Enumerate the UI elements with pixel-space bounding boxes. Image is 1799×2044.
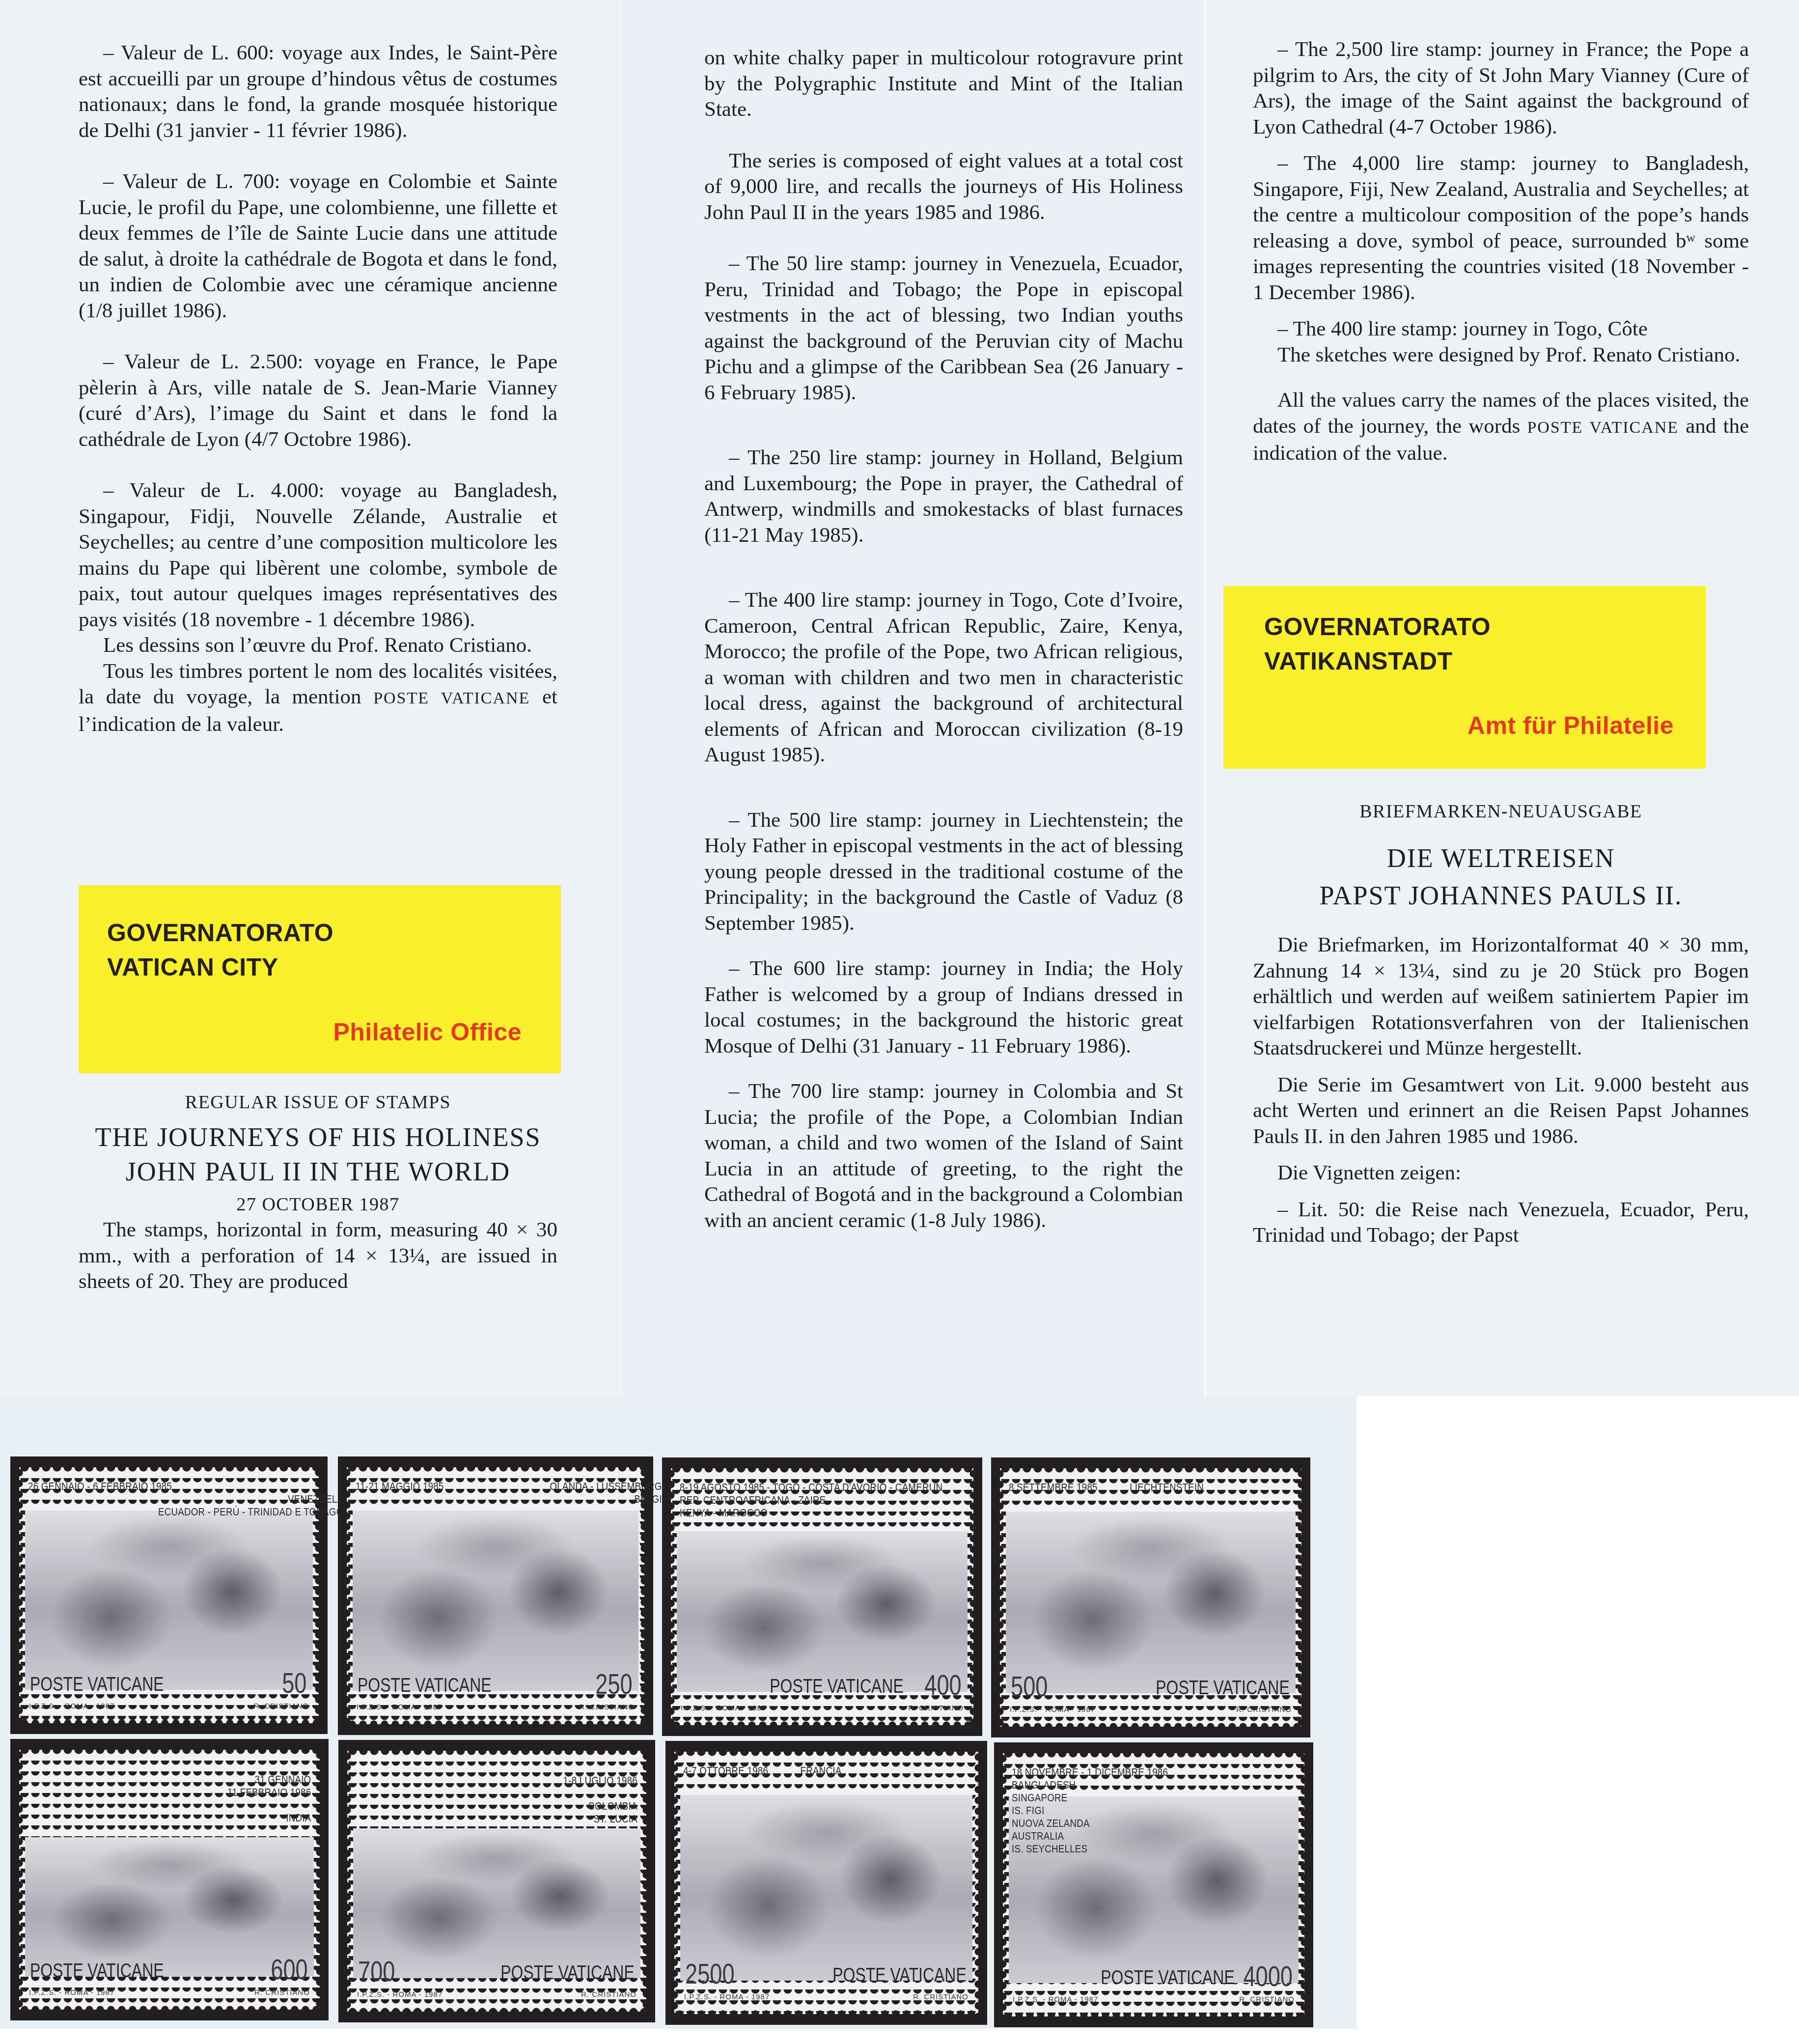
stamp-artist: R. CRISTIANO	[581, 1990, 637, 1999]
paragraph-4000: – The 4,000 lire stamp: journey to Bangl…	[1253, 151, 1749, 306]
paragraph-700: – The 700 lire stamp: journey in Colombi…	[704, 1079, 1183, 1233]
english-text-column: on white chalky paper in multicolour rot…	[704, 45, 1183, 1233]
title-line-2: JOHN PAUL II IN THE WORLD	[79, 1154, 557, 1189]
panel-french: – Valeur de L. 600: voyage aux Indes, le…	[0, 0, 619, 1396]
paragraph-50: – The 50 lire stamp: journey in Venezuel…	[704, 251, 1183, 406]
stamp-illustration	[353, 1828, 640, 1978]
german-title-block: BRIEFMARKEN-NEUAUSGABE DIE WELTREISEN PA…	[1253, 801, 1749, 1249]
paragraph-700: – Valeur de L. 700: voyage en Colombie e…	[79, 169, 557, 324]
stamp-country: POSTE VATICANE	[832, 1964, 967, 1987]
stamp-600-lire: 31 GENNAIO 11 FEBBRAIO 1986 INDIA POSTE …	[10, 1739, 329, 2020]
intro-paragraph: The stamps, horizontal in form, measurin…	[79, 1217, 557, 1295]
stamp-header: 4-7 OTTOBRE 1986 FRANCIA	[683, 1764, 1003, 1777]
stamp-value: 4000	[1243, 1960, 1293, 1993]
stamp-header: 26 GENNAIO - 6 FEBBRAIO 1985VENEZUELA EC…	[28, 1480, 343, 1518]
issue-caption: BRIEFMARKEN-NEUAUSGABE	[1253, 801, 1749, 822]
paragraph-400-fragment: – The 400 lire stamp: journey in Togo, C…	[1253, 316, 1749, 342]
paragraph-designer: Les dessins son l’œuvre du Prof. Renato …	[79, 633, 557, 659]
stamp-sheet: 26 GENNAIO - 6 FEBBRAIO 1985VENEZUELA EC…	[0, 1396, 1356, 2029]
stamp-50-lire: 26 GENNAIO - 6 FEBBRAIO 1985VENEZUELA EC…	[10, 1456, 328, 1734]
philatelic-office-label: Amt für Philatelie	[1467, 711, 1674, 740]
paragraph-600: – The 600 lire stamp: journey in India; …	[704, 956, 1183, 1059]
stamp-header: 1-8 LUGLIO 1986 COLOMBIA ST. LUCIA	[422, 1774, 637, 1825]
stamp-700-lire: 1-8 LUGLIO 1986 COLOMBIA ST. LUCIA 700 P…	[338, 1740, 655, 2022]
paragraph-inscription: All the values carry the names of the pl…	[1253, 388, 1749, 467]
stamp-country: POSTE VATICANE	[500, 1962, 635, 1984]
stamp-illustration	[353, 1511, 638, 1691]
german-paragraph-vignettes: Die Vignetten zeigen:	[1253, 1160, 1749, 1186]
issue-caption: REGULAR ISSUE OF STAMPS	[79, 1092, 557, 1113]
title-line-1: DIE WELTREISEN	[1253, 841, 1749, 875]
poste-vaticane-mention: POSTE VATICANE	[1527, 419, 1679, 437]
stamp-4000-lire: 18 NOVEMBRE - 1 DICEMBRE 1986 BANGLADESH…	[994, 1742, 1313, 2027]
stamp-value: 700	[358, 1955, 395, 1988]
stamp-value: 50	[282, 1667, 307, 1700]
stamp-illustration	[25, 1511, 313, 1690]
stamp-illustration	[1006, 1512, 1296, 1693]
office-box-heading: GOVERNATORATO VATICAN CITY	[107, 916, 333, 984]
stamp-value: 600	[271, 1953, 308, 1986]
right-text-column: – The 2,500 lire stamp: journey in Franc…	[1253, 37, 1749, 467]
stamp-artist: R. CRISTIANO	[254, 1988, 310, 1997]
issue-date: 27 OCTOBER 1987	[79, 1194, 557, 1215]
stamp-country: POSTE VATICANE	[1156, 1677, 1290, 1699]
stamp-imprint: I.P.Z.S. - ROMA - 1987	[357, 1703, 442, 1711]
paragraph-2500: – Valeur de L. 2.500: voyage en France, …	[79, 349, 557, 452]
stamp-imprint: I.P.Z.S. - ROMA - 1987	[681, 1704, 766, 1712]
stamp-imprint: I.P.Z.S. - ROMA - 1987	[357, 1990, 443, 1999]
paragraph-inscription: Tous les timbres portent le nom des loca…	[79, 659, 557, 738]
paragraph-series: The series is composed of eight values a…	[704, 148, 1183, 226]
paragraph-500: – The 500 lire stamp: journey in Liech­t…	[704, 808, 1183, 937]
brochure-spread: – Valeur de L. 600: voyage aux Indes, le…	[0, 0, 1799, 1396]
paragraph-designer: The sketches were designed by Prof. Rena…	[1253, 342, 1749, 368]
stamp-imprint: I.P.Z.S. - ROMA - 1987	[29, 1988, 114, 1997]
stamp-header: 18 NOVEMBRE - 1 DICEMBRE 1986 BANGLADESH…	[1012, 1766, 1329, 1855]
stamp-artist: R. CRISTIANO	[1239, 1995, 1295, 2004]
paragraph-600: – Valeur de L. 600: voyage aux Indes, le…	[79, 40, 557, 143]
stamp-country: POSTE VATICANE	[30, 1960, 164, 1982]
panel-german: – The 2,500 lire stamp: journey in Franc…	[1204, 0, 1799, 1396]
french-text-column: – Valeur de L. 600: voyage aux Indes, le…	[79, 40, 557, 737]
stamp-2500-lire: 4-7 OTTOBRE 1986 FRANCIA 2500 POSTE VATI…	[665, 1741, 987, 2025]
stamp-value: 500	[1011, 1670, 1048, 1703]
german-paragraph-50: – Lit. 50: die Reise nach Venezuela, Ecu…	[1253, 1197, 1749, 1249]
stamp-artist: R. CRISTIANO	[1236, 1706, 1292, 1714]
title-line-2: PAPST JOHANNES PAULS II.	[1253, 878, 1749, 913]
stamp-header: 8-19 AGOSTO 1985 - TOGO - COSTA D'AVORIO…	[680, 1481, 998, 1519]
stamp-header: 31 GENNAIO 11 FEBBRAIO 1986 INDIA	[94, 1773, 311, 1824]
stamp-250-lire: 11-21 MAGGIO 1985OLANDA - LUSSEMBURGO BE…	[338, 1456, 653, 1735]
stamp-country: POSTE VATICANE	[770, 1676, 904, 1698]
stamp-artist: R. CRISTIANO	[913, 1993, 969, 2001]
german-paragraph-format: Die Briefmarken, im Horizontalformat 40 …	[1253, 932, 1749, 1062]
panel-english: on white chalky paper in multicolour rot…	[620, 0, 1203, 1396]
stamp-country: POSTE VATICANE	[358, 1675, 492, 1697]
stamp-country: POSTE VATICANE	[30, 1674, 164, 1696]
title-line-1: THE JOURNEYS OF HIS HOLINESS	[79, 1120, 557, 1154]
stamp-illustration	[677, 1531, 968, 1692]
english-title-block: REGULAR ISSUE OF STAMPS THE JOURNEYS OF …	[79, 1092, 557, 1295]
stamp-value: 400	[925, 1669, 962, 1702]
philatelic-office-label: Philatelic Office	[333, 1018, 522, 1046]
office-box-heading: GOVERNATORATO VATIKANSTADT	[1264, 610, 1491, 678]
stamp-value: 250	[596, 1668, 633, 1701]
stamp-500-lire: 8 SETTEMBRE 1985 LIECHTENSTEIN 500 POSTE…	[991, 1457, 1310, 1737]
stamp-imprint: I.P.Z.S. - ROMA - 1987	[684, 1993, 770, 2001]
german-paragraph-series: Die Serie im Gesamtwert von Lit. 9.000 b…	[1253, 1072, 1749, 1150]
stamp-illustration	[680, 1795, 972, 1981]
stamp-imprint: I.P.Z.S. - ROMA - 1987	[29, 1702, 114, 1710]
office-box-german: GOVERNATORATO VATIKANSTADT Amt für Phila…	[1223, 586, 1706, 769]
paragraph-printing: on white chalky paper in multicolour rot…	[704, 45, 1183, 123]
stamp-header: 8 SETTEMBRE 1985 LIECHTENSTEIN	[1009, 1481, 1326, 1494]
poste-vaticane-mention: POSTE VATICANE	[373, 689, 530, 707]
stamp-country: POSTE VATICANE	[1101, 1967, 1235, 1989]
stamp-artist: R. CRISTIANO	[253, 1702, 309, 1710]
paragraph-2500: – The 2,500 lire stamp: journey in Franc…	[1253, 37, 1749, 140]
stamp-value: 2500	[685, 1958, 735, 1990]
stamp-artist: R. CRISTIANO	[908, 1704, 964, 1712]
office-box-english: GOVERNATORATO VATICAN CITY Philatelic Of…	[79, 885, 561, 1073]
paragraph-4000: – Valeur de L. 4.000: voyage au Banglade…	[79, 478, 557, 633]
stamp-400-lire: 8-19 AGOSTO 1985 - TOGO - COSTA D'AVORIO…	[662, 1457, 982, 1736]
stamp-artist: R. CRISTIANO	[579, 1703, 635, 1711]
paragraph-250: – The 250 lire stamp: journey in Holland…	[704, 445, 1183, 548]
stamp-header: 11-21 MAGGIO 1985OLANDA - LUSSEMBURGO BE…	[356, 1480, 669, 1506]
stamp-imprint: I.P.Z.S. - ROMA - 1987	[1010, 1706, 1095, 1714]
paragraph-400: – The 400 lire stamp: journey in Togo, C…	[704, 588, 1183, 768]
stamp-imprint: I.P.Z.S. - ROMA - 1987	[1013, 1995, 1098, 2004]
